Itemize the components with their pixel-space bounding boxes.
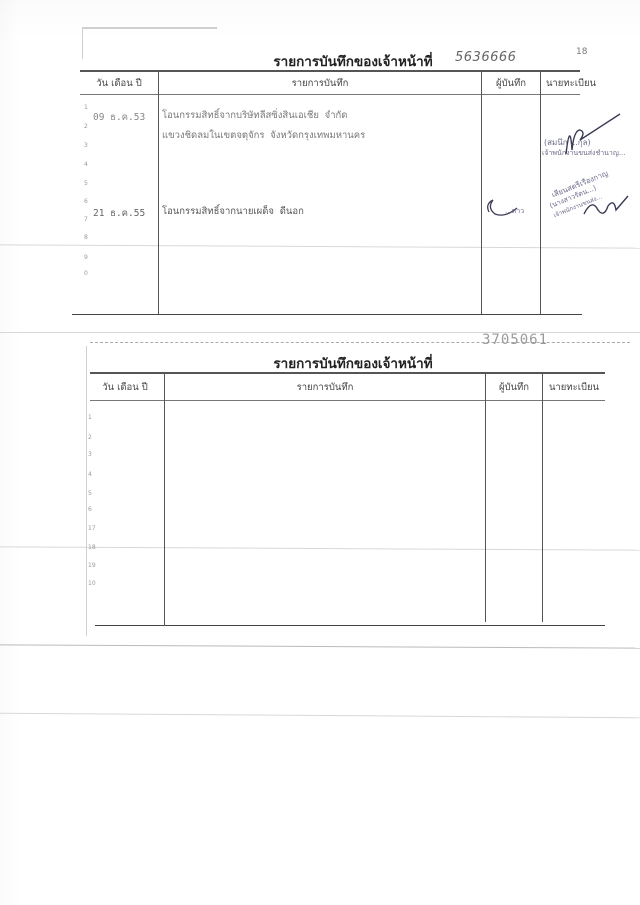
line-number: 5 bbox=[88, 490, 92, 497]
table-bottom-border bbox=[95, 625, 605, 626]
scan-artifact-line bbox=[0, 713, 640, 718]
perforation-line bbox=[90, 342, 630, 343]
header-registrar: นายทะเบียน bbox=[541, 76, 601, 91]
header-entry: รายการบันทึก bbox=[159, 76, 481, 91]
entry-text: โอนกรรมสิทธิ์จากนายเผด็จ ดีนอก bbox=[162, 204, 304, 219]
line-number: 8 bbox=[84, 234, 88, 241]
handwritten-number: 5636666 bbox=[455, 50, 516, 65]
line-number: 19 bbox=[88, 562, 96, 569]
line-number: 1 bbox=[88, 414, 92, 421]
page-corner-mark bbox=[82, 27, 217, 29]
line-number: 7 bbox=[84, 216, 88, 223]
line-number: 2 bbox=[88, 434, 92, 441]
lower-record-section: 3705061 รายการบันทึกของเจ้าหน้าที่ วัน เ… bbox=[80, 338, 626, 638]
line-number: 2 bbox=[84, 123, 88, 130]
table-top-border bbox=[90, 372, 605, 374]
line-number: 6 bbox=[88, 506, 92, 513]
column-divider bbox=[542, 372, 543, 622]
table-bottom-border bbox=[72, 314, 582, 315]
line-number: 9 bbox=[84, 254, 88, 261]
line-number: 3 bbox=[84, 142, 88, 149]
header-entry: รายการบันทึก bbox=[165, 380, 485, 395]
column-divider bbox=[164, 372, 165, 626]
scan-artifact-line bbox=[0, 644, 640, 648]
header-bottom-border bbox=[90, 400, 605, 401]
stamp-number: 3705061 bbox=[482, 332, 548, 348]
header-registrar: นายทะเบียน bbox=[543, 380, 605, 395]
line-number: 3 bbox=[88, 451, 92, 458]
entry-date: 21 ธ.ค.55 bbox=[93, 206, 145, 221]
line-number: 10 bbox=[88, 580, 96, 587]
line-number: 1 bbox=[84, 104, 88, 111]
header-bottom-border bbox=[80, 94, 580, 95]
table-top-border bbox=[80, 70, 580, 72]
section-title: รายการบันทึกของเจ้าหน้าที่ bbox=[80, 352, 626, 374]
header-date: วัน เดือน ปี bbox=[80, 76, 158, 91]
page-number: 18 bbox=[576, 47, 587, 57]
entry-date: 09 ธ.ค.53 bbox=[93, 110, 145, 125]
line-number: 4 bbox=[84, 161, 88, 168]
header-recorder: ผู้บันทึก bbox=[486, 380, 542, 395]
line-number: 6 bbox=[84, 198, 88, 205]
line-number: 5 bbox=[84, 180, 88, 187]
entry-text: โอนกรรมสิทธิ์จากบริษัทลีสซิ่งสินเอเชีย จ… bbox=[162, 108, 347, 123]
records-table: วัน เดือน ปี รายการบันทึก ผู้บันทึก นายท… bbox=[80, 70, 626, 316]
column-divider bbox=[485, 372, 486, 622]
column-divider bbox=[481, 70, 482, 314]
header-date: วัน เดือน ปี bbox=[86, 380, 164, 395]
line-number: 0 bbox=[84, 270, 88, 277]
upper-record-section: รายการบันทึกของเจ้าหน้าที่ 5636666 18 วั… bbox=[80, 50, 626, 320]
records-table: วัน เดือน ปี รายการบันทึก ผู้บันทึก นายท… bbox=[80, 372, 626, 632]
entry-text: แขวงชิดลมในเขตจตุจักร จังหวัดกรุงเทพมหาน… bbox=[162, 128, 365, 143]
section-title: รายการบันทึกของเจ้าหน้าที่ bbox=[80, 50, 626, 72]
line-number: 18 bbox=[88, 544, 96, 551]
header-recorder: ผู้บันทึก bbox=[482, 76, 540, 91]
recorder-note: ...ดาว bbox=[505, 206, 524, 217]
column-divider bbox=[158, 70, 159, 314]
line-number: 17 bbox=[88, 525, 96, 532]
line-number: 4 bbox=[88, 471, 92, 478]
registrar-signature-icon bbox=[580, 192, 630, 222]
